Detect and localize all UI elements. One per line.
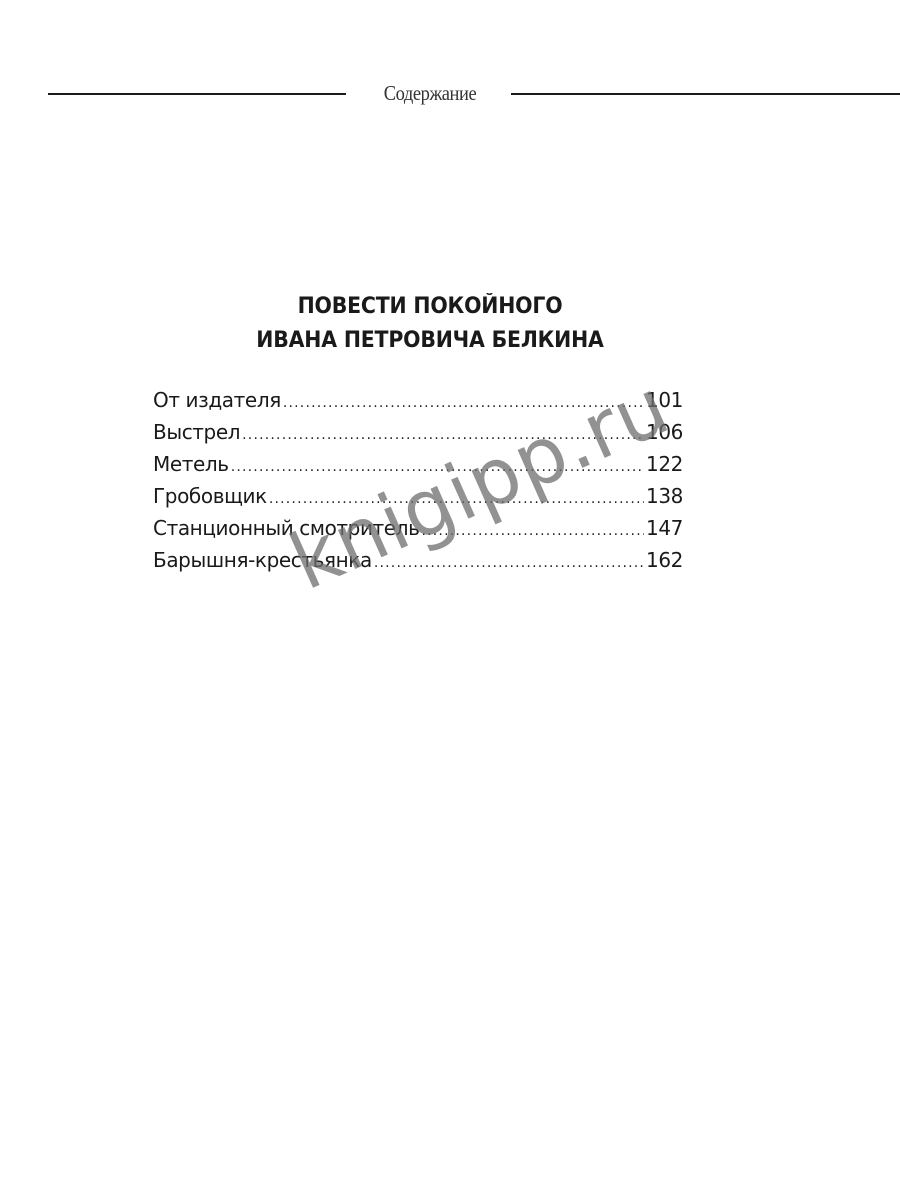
dot-leader: [374, 555, 644, 571]
toc-entry-title: От издателя: [153, 388, 281, 412]
toc-entry[interactable]: Выстрел 106: [153, 420, 683, 452]
section-title: ПОВЕСТИ ПОКОЙНОГО ИВАНА ПЕТРОВИЧА БЕЛКИН…: [0, 290, 860, 358]
dot-leader: [231, 459, 644, 475]
toc-entry-title: Барышня-крестьянка: [153, 548, 372, 572]
section-title-line-1: ПОВЕСТИ ПОКОЙНОГО: [30, 290, 830, 324]
header-rule-right: [511, 93, 900, 95]
toc-entry-page: 147: [646, 516, 683, 540]
table-of-contents: От издателя 101 Выстрел 106 Метель 122 Г…: [153, 388, 683, 580]
dot-leader: [283, 395, 644, 411]
header-rule-left: [48, 93, 346, 95]
running-head: Содержание: [48, 80, 900, 106]
toc-entry[interactable]: Станционный смотритель 147: [153, 516, 683, 548]
toc-entry-title: Станционный смотритель: [153, 516, 419, 540]
toc-entry[interactable]: Гробовщик 138: [153, 484, 683, 516]
toc-entry[interactable]: От издателя 101: [153, 388, 683, 420]
dot-leader: [421, 523, 644, 539]
toc-entry-page: 122: [646, 452, 683, 476]
toc-entry-page: 106: [646, 420, 683, 444]
dot-leader: [269, 491, 644, 507]
toc-entry-page: 138: [646, 484, 683, 508]
dot-leader: [242, 427, 644, 443]
section-title-line-2: ИВАНА ПЕТРОВИЧА БЕЛКИНА: [30, 324, 830, 358]
toc-entry-title: Гробовщик: [153, 484, 267, 508]
toc-entry-title: Метель: [153, 452, 229, 476]
toc-entry[interactable]: Метель 122: [153, 452, 683, 484]
toc-entry-page: 101: [646, 388, 683, 412]
toc-entry-title: Выстрел: [153, 420, 240, 444]
toc-entry-page: 162: [646, 548, 683, 572]
toc-entry[interactable]: Барышня-крестьянка 162: [153, 548, 683, 580]
running-title: Содержание: [374, 80, 487, 106]
